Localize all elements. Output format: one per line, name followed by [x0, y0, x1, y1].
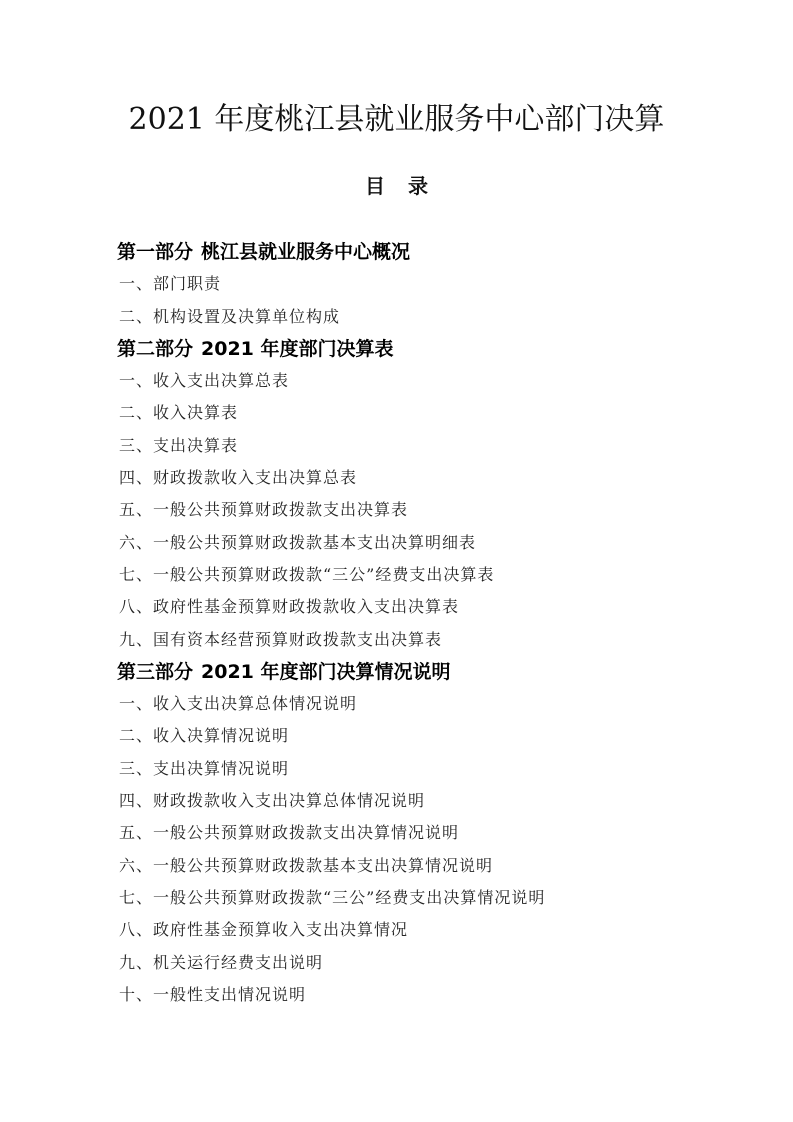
toc-item[interactable]: 三、支出决算表 — [117, 430, 737, 462]
table-of-contents: 第一部分桃江县就业服务中心概况 一、部门职责 二、机构设置及决算单位构成 第二部… — [117, 236, 737, 1011]
toc-item[interactable]: 二、收入决算情况说明 — [117, 720, 737, 752]
toc-heading: 目 录 — [0, 172, 793, 200]
toc-part-1[interactable]: 第一部分桃江县就业服务中心概况 — [117, 236, 737, 268]
document-title: 2021 年度桃江县就业服务中心部门决算 — [0, 100, 793, 140]
toc-item[interactable]: 八、政府性基金预算财政拨款收入支出决算表 — [117, 591, 737, 623]
toc-item[interactable]: 二、收入决算表 — [117, 397, 737, 429]
toc-item[interactable]: 二、机构设置及决算单位构成 — [117, 301, 737, 333]
toc-part-2[interactable]: 第二部分2021 年度部门决算表 — [117, 333, 737, 365]
toc-item[interactable]: 七、一般公共预算财政拨款“三公”经费支出决算情况说明 — [117, 882, 737, 914]
part-label: 第三部分 — [117, 661, 193, 683]
toc-item[interactable]: 一、部门职责 — [117, 268, 737, 300]
toc-item[interactable]: 五、一般公共预算财政拨款支出决算情况说明 — [117, 817, 737, 849]
toc-item[interactable]: 一、收入支出决算总体情况说明 — [117, 688, 737, 720]
toc-item[interactable]: 五、一般公共预算财政拨款支出决算表 — [117, 494, 737, 526]
toc-item[interactable]: 十、一般性支出情况说明 — [117, 979, 737, 1011]
toc-item[interactable]: 四、财政拨款收入支出决算总体情况说明 — [117, 785, 737, 817]
toc-item[interactable]: 六、一般公共预算财政拨款基本支出决算明细表 — [117, 527, 737, 559]
toc-item[interactable]: 四、财政拨款收入支出决算总表 — [117, 462, 737, 494]
part-label: 第二部分 — [117, 338, 193, 360]
toc-item[interactable]: 九、机关运行经费支出说明 — [117, 947, 737, 979]
toc-item[interactable]: 三、支出决算情况说明 — [117, 753, 737, 785]
toc-item[interactable]: 七、一般公共预算财政拨款“三公”经费支出决算表 — [117, 559, 737, 591]
toc-part-3[interactable]: 第三部分2021 年度部门决算情况说明 — [117, 656, 737, 688]
part-title: 2021 年度部门决算表 — [201, 338, 394, 360]
toc-item[interactable]: 八、政府性基金预算收入支出决算情况 — [117, 914, 737, 946]
part-title: 2021 年度部门决算情况说明 — [201, 661, 451, 683]
part-label: 第一部分 — [117, 241, 193, 263]
part-title: 桃江县就业服务中心概况 — [201, 241, 410, 263]
toc-item[interactable]: 一、收入支出决算总表 — [117, 365, 737, 397]
toc-item[interactable]: 六、一般公共预算财政拨款基本支出决算情况说明 — [117, 850, 737, 882]
toc-item[interactable]: 九、国有资本经营预算财政拨款支出决算表 — [117, 624, 737, 656]
